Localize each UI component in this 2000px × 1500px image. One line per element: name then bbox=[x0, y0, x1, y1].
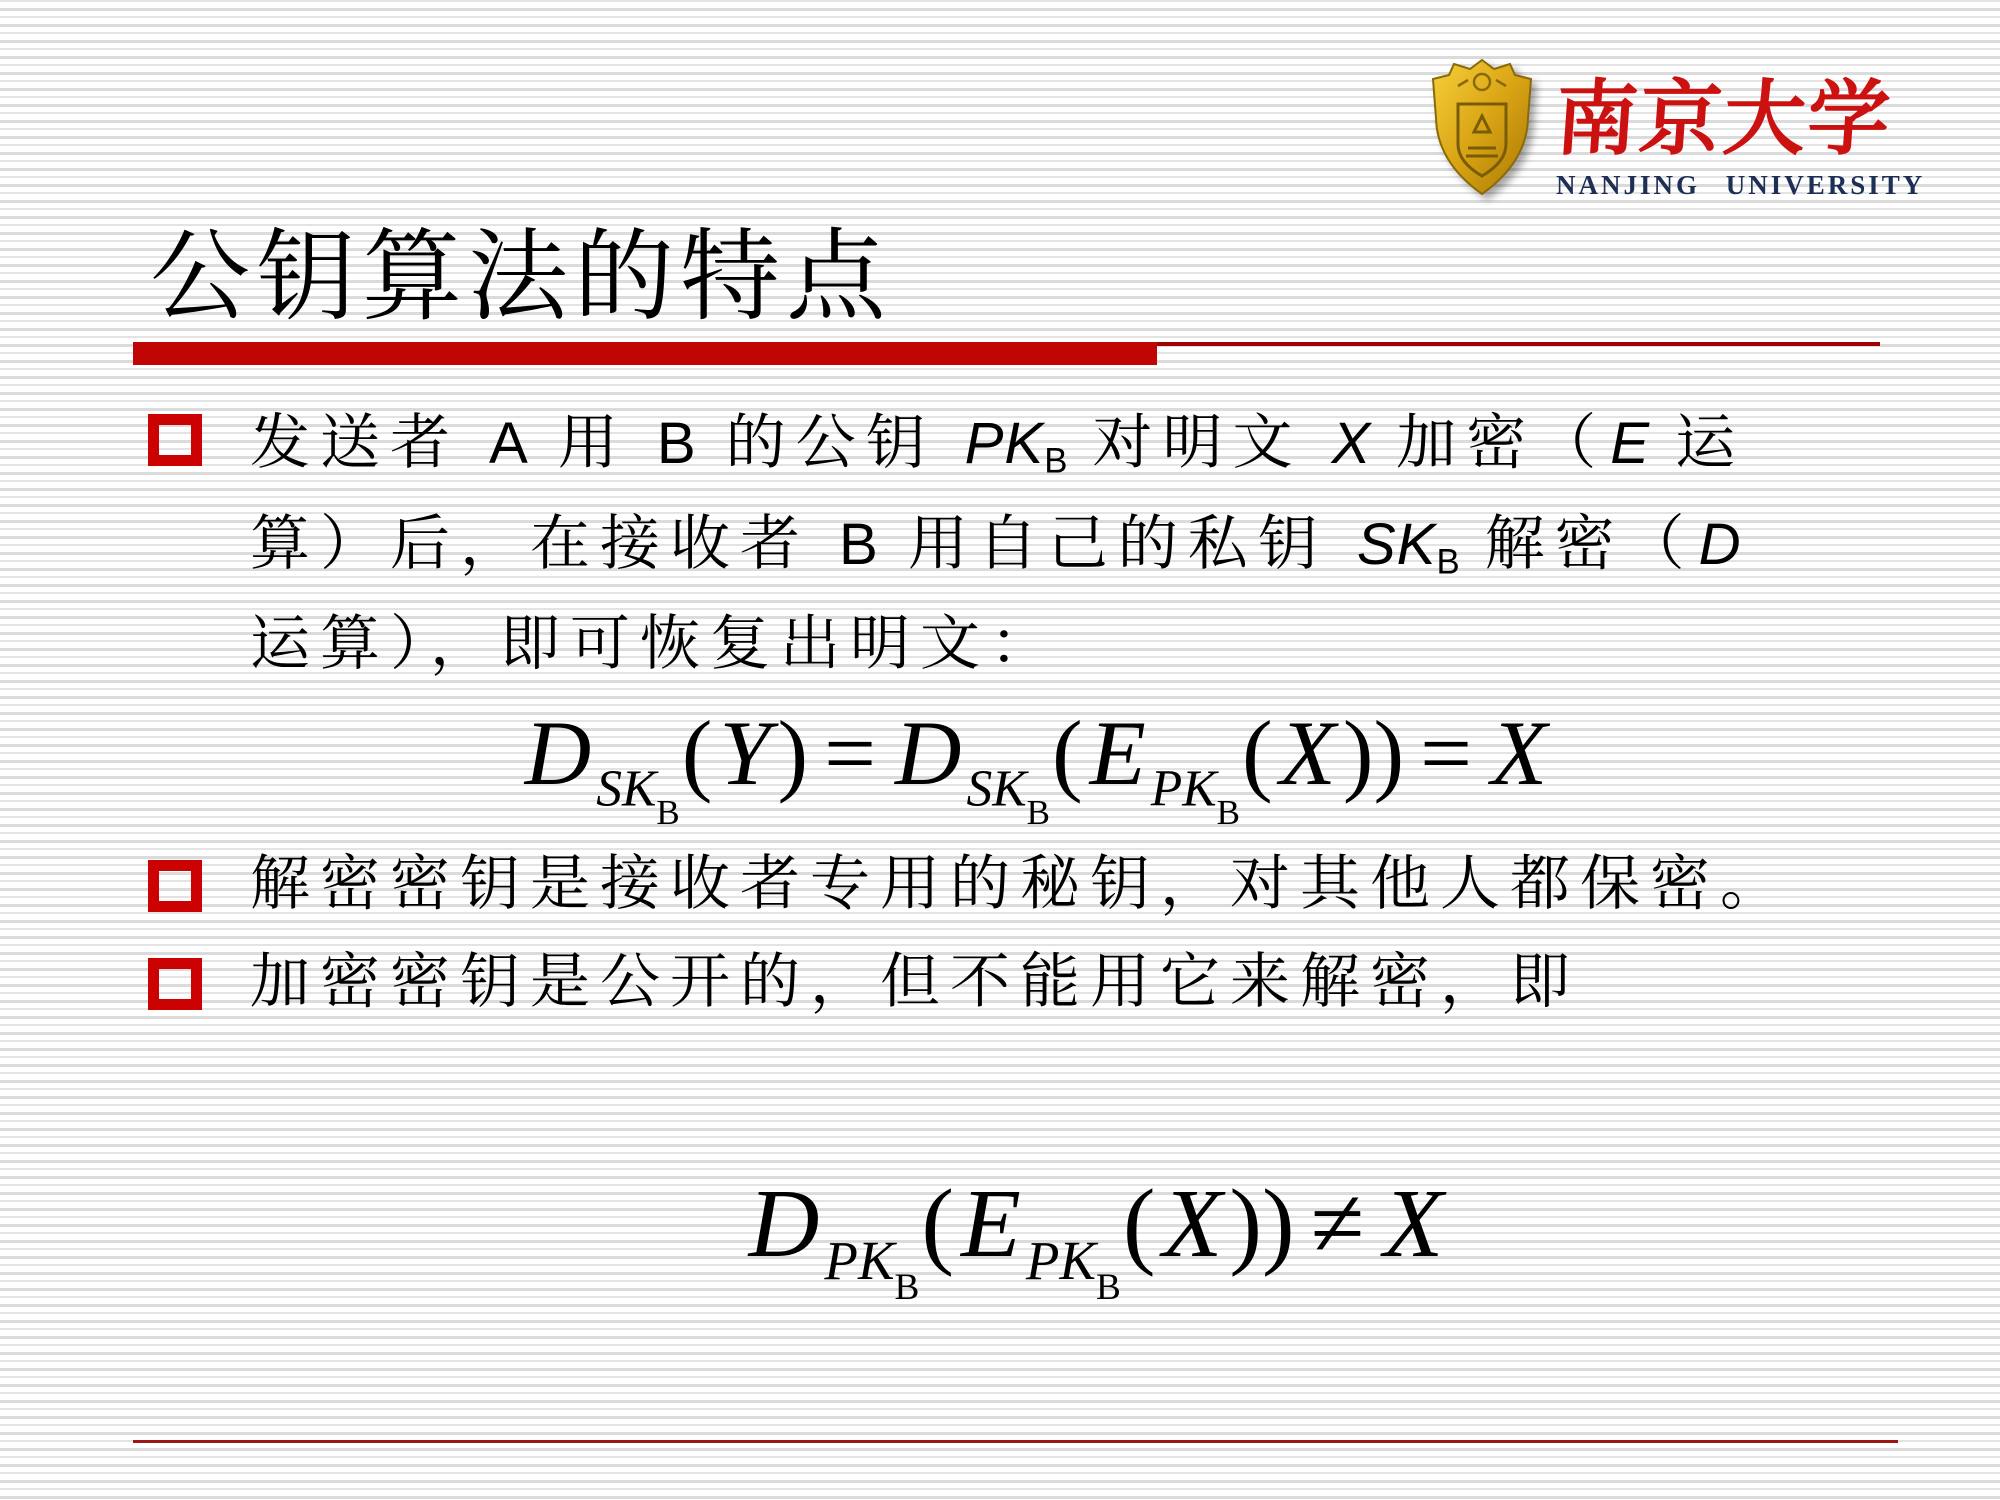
text-segment: 用自己的私钥 bbox=[883, 511, 1353, 577]
text-segment: 发送者 bbox=[250, 410, 485, 476]
text-segment: PK bbox=[961, 411, 1045, 476]
text-segment: X bbox=[1486, 702, 1552, 804]
text-segment: B bbox=[895, 1267, 920, 1308]
text-segment: 算）后，在接收者 bbox=[250, 511, 835, 577]
text-segment: ( bbox=[680, 702, 715, 804]
text-segment: B bbox=[835, 512, 883, 577]
slide-title: 公钥算法的特点 bbox=[150, 196, 892, 340]
text-segment: X bbox=[1378, 1170, 1448, 1278]
text-segment: ≠ bbox=[1297, 1170, 1379, 1278]
formula-decrypt-recovers-plaintext: DSKB(Y)=DSKB(EPKB(X))=X bbox=[0, 700, 2000, 833]
text-segment: 对明文 bbox=[1067, 410, 1327, 476]
text-segment: A bbox=[485, 411, 533, 476]
text-segment: )) bbox=[1341, 702, 1406, 804]
text-segment: SK bbox=[596, 761, 656, 818]
text-segment: B bbox=[653, 411, 701, 476]
text-segment: )) bbox=[1227, 1170, 1296, 1278]
text-segment: PK bbox=[1026, 1230, 1096, 1291]
title-divider-bar bbox=[133, 342, 1157, 365]
text-segment: 运算），即可恢复出明文： bbox=[250, 611, 1060, 677]
text-segment: B bbox=[656, 793, 679, 832]
text-segment: 的公钥 bbox=[701, 410, 961, 476]
text-segment: B bbox=[1044, 442, 1067, 481]
text-segment: ( bbox=[1050, 702, 1085, 804]
presentation-slide: 南京大学 NANJING UNIVERSITY 公钥算法的特点 发送者 A 用 … bbox=[0, 0, 2000, 1500]
text-segment: B bbox=[1217, 793, 1240, 832]
text-segment: E bbox=[1606, 411, 1650, 476]
text-segment: 加密密钥是公开的，但不能用它来解密，即 bbox=[250, 949, 1580, 1015]
bullet-item-encryption-flow: 发送者 A 用 B 的公钥 PKB 对明文 X 加密（E 运算）后，在接收者 B… bbox=[148, 402, 1745, 686]
title-divider-line bbox=[1157, 342, 1880, 346]
text-segment: ) bbox=[776, 702, 811, 804]
bullet-square-icon bbox=[148, 414, 202, 466]
text-segment: ( bbox=[1121, 1170, 1158, 1278]
bullet-item-private-key-secret: 解密密钥是接收者专用的秘钥，对其他人都保密。 bbox=[148, 848, 1790, 920]
text-segment: 运 bbox=[1650, 410, 1745, 476]
text-segment: X bbox=[1275, 702, 1341, 804]
university-name-english: NANJING UNIVERSITY bbox=[1556, 170, 1925, 201]
bullet-square-icon bbox=[148, 860, 202, 912]
text-segment: ( bbox=[919, 1170, 956, 1278]
text-segment: E bbox=[956, 1170, 1026, 1278]
text-segment: X bbox=[1158, 1170, 1228, 1278]
text-segment: B bbox=[1027, 793, 1050, 832]
text-segment: X bbox=[1327, 411, 1371, 476]
formula-public-key-decrypt-not-equal: DPKB(EPKB(X))≠X bbox=[0, 1168, 2000, 1309]
text-segment: D bbox=[890, 702, 966, 804]
text-segment: = bbox=[1406, 702, 1486, 804]
text-segment: B bbox=[1096, 1267, 1121, 1308]
bullet-square-icon bbox=[148, 958, 202, 1010]
text-segment: PK bbox=[1151, 761, 1217, 818]
text-segment: D bbox=[1695, 512, 1742, 577]
text-segment: SK bbox=[967, 761, 1027, 818]
bullet-text: 发送者 A 用 B 的公钥 PKB 对明文 X 加密（E 运算）后，在接收者 B… bbox=[250, 402, 1745, 686]
text-segment: 解密密钥是接收者专用的秘钥，对其他人都保密。 bbox=[250, 851, 1790, 917]
text-segment: SK bbox=[1353, 512, 1437, 577]
text-segment: B bbox=[1436, 542, 1459, 581]
text-segment: = bbox=[810, 702, 890, 804]
footer-divider-line bbox=[133, 1440, 1898, 1443]
text-segment: 加密（ bbox=[1371, 410, 1606, 476]
text-segment: 用 bbox=[533, 410, 653, 476]
text-segment: ( bbox=[1240, 702, 1275, 804]
nju-shield-icon bbox=[1428, 56, 1536, 198]
bullet-text: 加密密钥是公开的，但不能用它来解密，即 bbox=[250, 946, 1580, 1018]
bullet-text: 解密密钥是接收者专用的秘钥，对其他人都保密。 bbox=[250, 848, 1790, 920]
text-segment: D bbox=[520, 702, 596, 804]
text-segment: PK bbox=[824, 1230, 894, 1291]
university-name-chinese: 南京大学 bbox=[1552, 54, 1896, 171]
text-segment: D bbox=[744, 1170, 825, 1278]
text-segment: Y bbox=[714, 702, 775, 804]
text-segment: 解密（ bbox=[1460, 511, 1695, 577]
text-segment: E bbox=[1085, 702, 1151, 804]
bullet-item-public-key-cannot-decrypt: 加密密钥是公开的，但不能用它来解密，即 bbox=[148, 946, 1580, 1018]
